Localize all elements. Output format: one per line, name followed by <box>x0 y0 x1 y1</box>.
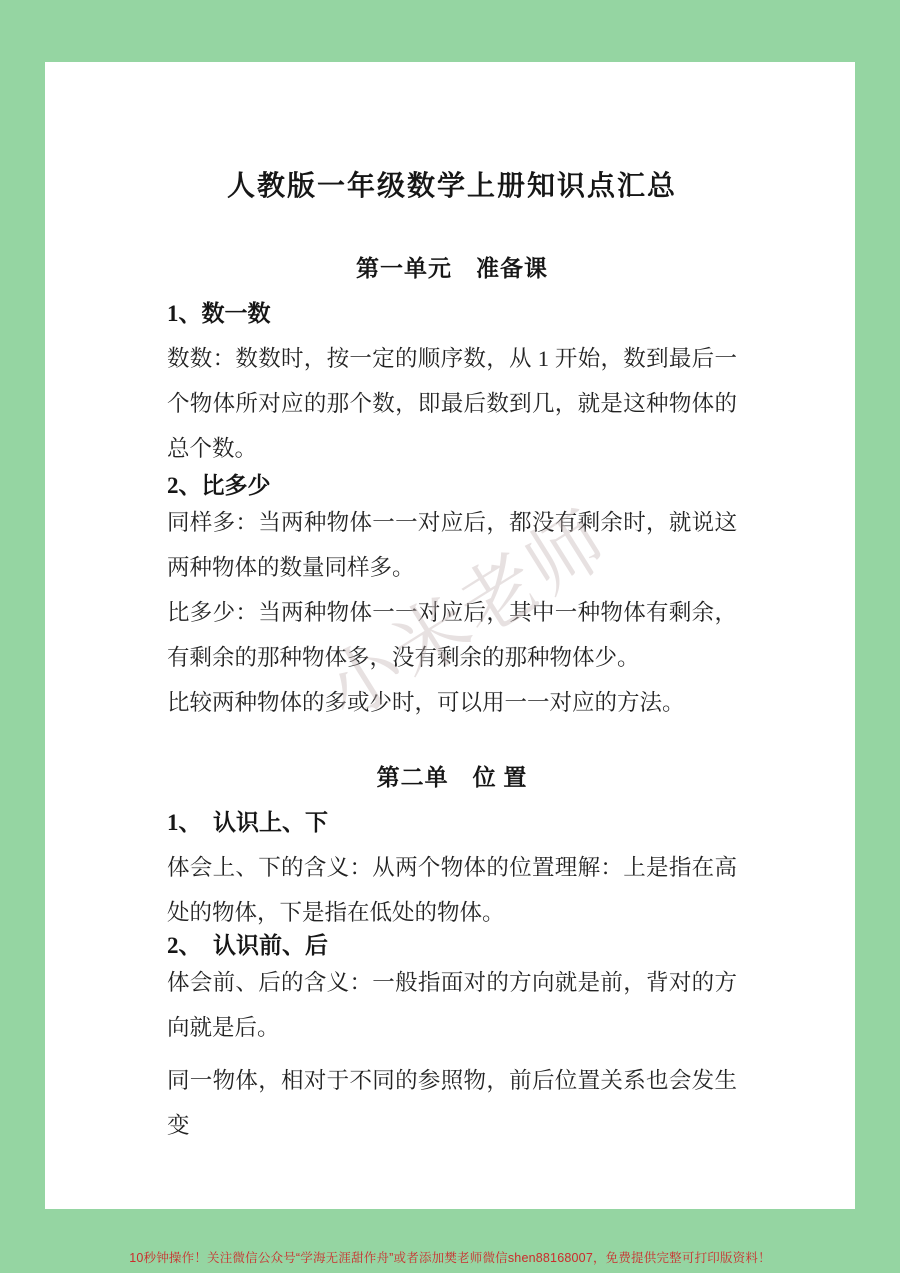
subheading-count-numbers: 1、数一数 <box>167 291 737 336</box>
paragraph-compare-method: 比较两种物体的多或少时，可以用一一对应的方法。 <box>167 680 737 725</box>
footer-promo-text: 10秒钟操作！关注微信公众号“学海无涯甜作舟”或者添加樊老师微信shen8816… <box>0 1250 900 1266</box>
paragraph-front-back-meaning: 体会前、后的含义：一般指面对的方向就是前，背对的方向就是后。 <box>167 960 737 1050</box>
paragraph-more-or-less: 比多少：当两种物体一一对应后，其中一种物体有剩余，有剩余的那种物体多，没有剩余的… <box>167 590 737 680</box>
document-page: 人教版一年级数学上册知识点汇总 第一单元 准备课 1、数一数 数数：数数时，按一… <box>45 62 855 1209</box>
paragraph-up-down-meaning: 体会上、下的含义：从两个物体的位置理解：上是指在高处的物体，下是指在低处的物体。 <box>167 845 737 935</box>
document-title: 人教版一年级数学上册知识点汇总 <box>167 166 737 208</box>
subheading-up-down: 1、 认识上、下 <box>167 800 737 845</box>
paragraph-reference-object: 同一物体，相对于不同的参照物，前后位置关系也会发生变 <box>167 1058 737 1148</box>
green-border-background: 人教版一年级数学上册知识点汇总 第一单元 准备课 1、数一数 数数：数数时，按一… <box>0 0 900 1273</box>
section-heading-unit2: 第二单 位 置 <box>167 755 737 800</box>
section-heading-unit1: 第一单元 准备课 <box>167 246 737 291</box>
paragraph-counting-definition: 数数：数数时，按一定的顺序数，从 1 开始，数到最后一个物体所对应的那个数，即最… <box>167 336 737 471</box>
paragraph-same-amount: 同样多：当两种物体一一对应后，都没有剩余时，就说这两种物体的数量同样多。 <box>167 500 737 590</box>
